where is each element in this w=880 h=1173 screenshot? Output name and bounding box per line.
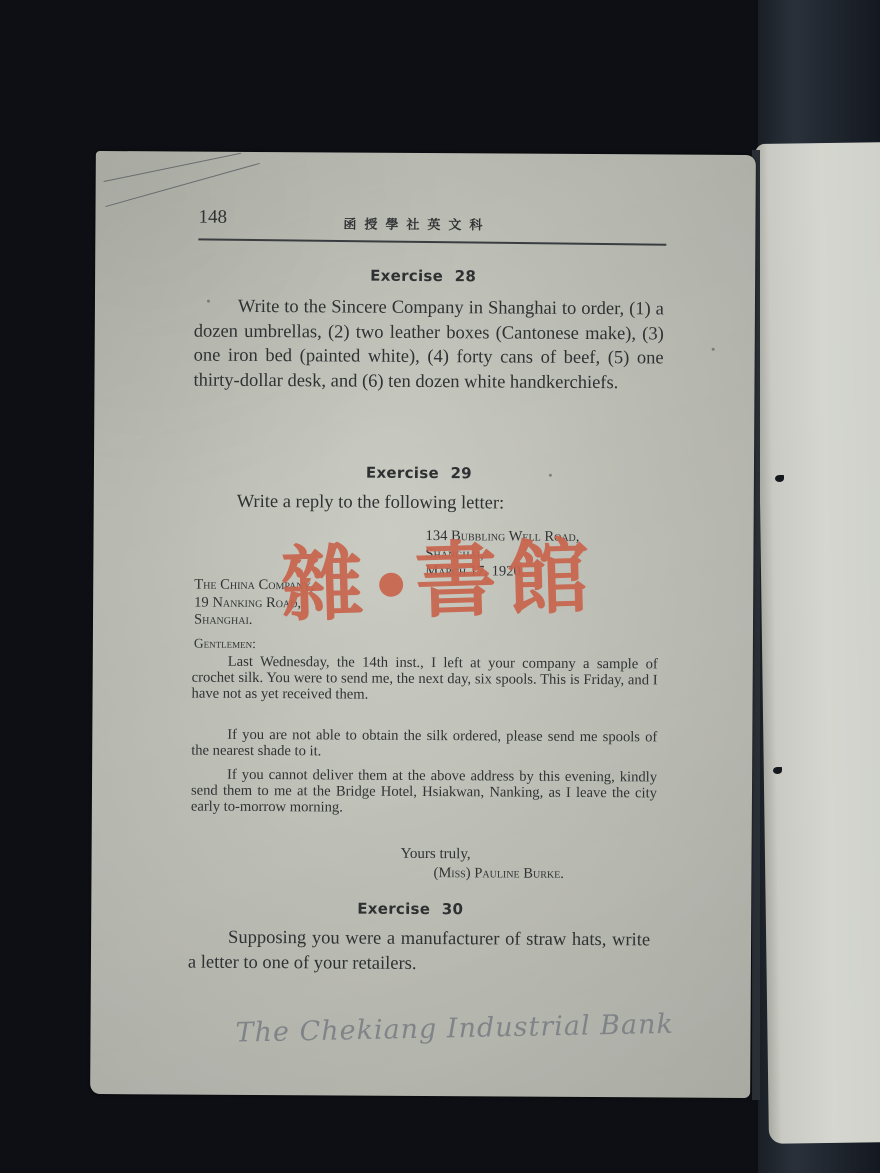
running-head: 148 函授學社英文科: [198, 207, 668, 240]
running-title: 函授學社英文科: [343, 214, 490, 234]
exercise-28-text: Write to the Sincere Company in Shanghai…: [193, 297, 664, 393]
salutation: Gentlemen:: [194, 635, 256, 653]
paper-speck: [549, 474, 552, 477]
paper-speck: [712, 348, 715, 351]
library-stamp: 雜書館: [280, 526, 613, 645]
exercise-30-body: Supposing you were a manufacturer of str…: [188, 926, 650, 978]
stamp-chars-right: 書館: [414, 529, 601, 630]
exercise-29-instruction: Write a reply to the following letter:: [237, 490, 677, 517]
paper-speck: [207, 300, 210, 303]
pencil-mark: [105, 163, 259, 207]
exercise-28-body: Write to the Sincere Company in Shanghai…: [193, 295, 664, 396]
signature-title: (Miss): [433, 865, 470, 881]
facing-page: [755, 142, 880, 1144]
letter-signature: (Miss) Pauline Burke.: [433, 866, 564, 883]
binding-hole: [775, 475, 784, 482]
exercise-28-heading: Exercise 28: [370, 267, 476, 286]
stamp-char-left: 雜: [280, 535, 375, 634]
letter-paragraph-2-text: If you are not able to obtain the silk o…: [191, 727, 657, 759]
exercise-29-heading: Exercise 29: [366, 464, 472, 483]
letter-paragraph-3: If you cannot deliver them at the above …: [191, 768, 657, 818]
signature-name: Pauline Burke.: [474, 865, 564, 882]
handwritten-pencil-note: The Chekiang Industrial Bank: [235, 1009, 674, 1049]
exercise-30-heading: Exercise 30: [357, 900, 463, 919]
exercise-30-text: Supposing you were a manufacturer of str…: [188, 928, 650, 974]
letter-paragraph-2: If you are not able to obtain the silk o…: [191, 728, 657, 762]
letter-paragraph-1-text: Last Wednesday, the 14th inst., I left a…: [192, 654, 658, 702]
letter-paragraph-1: Last Wednesday, the 14th inst., I left a…: [192, 655, 658, 705]
letter-paragraph-3-text: If you cannot deliver them at the above …: [191, 767, 657, 815]
page-number: 148: [198, 207, 227, 229]
header-rule: [198, 238, 666, 245]
pencil-mark: [104, 153, 241, 182]
stamp-dot: [379, 572, 404, 597]
book-page: 148 函授學社英文科 Exercise 28 Write to the Sin…: [90, 151, 756, 1098]
letter-closing: Yours truly,: [401, 847, 471, 863]
binding-hole: [773, 767, 782, 774]
